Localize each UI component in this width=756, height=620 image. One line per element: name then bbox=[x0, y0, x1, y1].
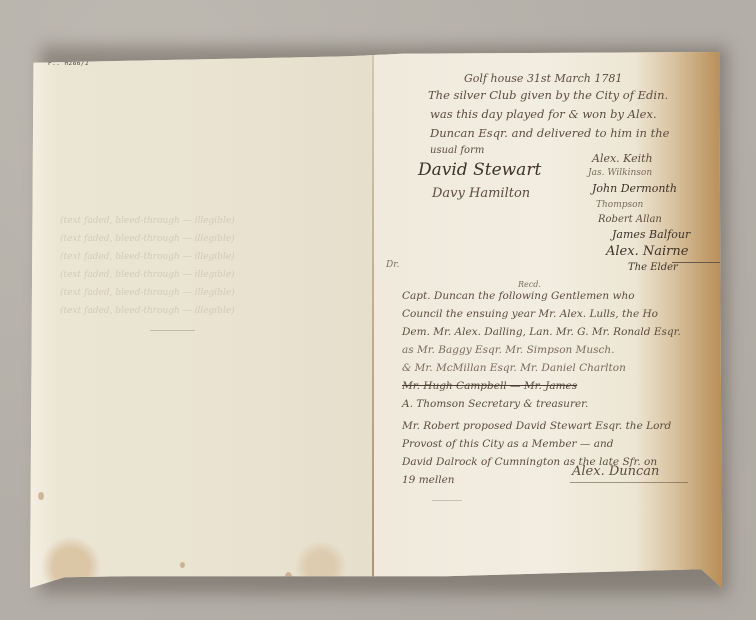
dateline: Golf house 31st March 1781 bbox=[464, 72, 622, 85]
text-line: 19 mellen bbox=[402, 474, 455, 486]
signature: The Elder bbox=[628, 262, 678, 273]
text-line: & Mr. McMillan Esqr. Mr. Daniel Charlton bbox=[402, 362, 626, 374]
signature: Alex. Nairne bbox=[606, 244, 688, 259]
faded-line: (text faded, bleed-through — illegible) bbox=[60, 212, 330, 230]
foxing-spot bbox=[180, 562, 185, 568]
signature-david-stewart: David Stewart bbox=[418, 160, 541, 180]
text-line: Dem. Mr. Alex. Dalling, Lan. Mr. G. Mr. … bbox=[402, 326, 681, 338]
struck-text-line: Mr. Hugh Campbell — Mr. James bbox=[402, 380, 577, 392]
foxing-spot bbox=[38, 492, 44, 500]
manuscript-sheet: P.. H286/2 (text faded, bleed-through — … bbox=[30, 52, 722, 588]
text-line: Duncan Esqr. and delivered to him in the bbox=[430, 126, 669, 140]
text-line: Provost of this City as a Member — and bbox=[402, 438, 613, 450]
center-fold bbox=[372, 52, 374, 588]
signature: James Balfour bbox=[612, 228, 690, 241]
right-page: Golf house 31st March 1781 The silver Cl… bbox=[372, 52, 722, 588]
faded-rule bbox=[432, 500, 462, 501]
text-line: Capt. Duncan the following Gentlemen who bbox=[402, 290, 635, 302]
faded-line: (text faded, bleed-through — illegible) bbox=[60, 248, 330, 266]
faded-line: (text faded, bleed-through — illegible) bbox=[60, 284, 330, 302]
signature: Thompson bbox=[596, 200, 643, 210]
signature-flourish bbox=[672, 262, 720, 263]
text-line: The silver Club given by the City of Edi… bbox=[428, 88, 668, 102]
signature: John Dermonth bbox=[592, 182, 677, 195]
text-line: Council the ensuing year Mr. Alex. Lulls… bbox=[402, 308, 658, 320]
signature-underline bbox=[570, 482, 688, 483]
margin-mark: Dr. bbox=[386, 260, 399, 270]
text-line: Mr. Robert proposed David Stewart Esqr. … bbox=[402, 420, 671, 432]
signature: Jas. Wilkinson bbox=[588, 168, 652, 178]
text-line: as Mr. Baggy Esqr. Mr. Simpson Musch. bbox=[402, 344, 615, 356]
text-line: usual form bbox=[430, 145, 484, 156]
text-line: was this day played for & won by Alex. bbox=[430, 107, 657, 121]
faded-line: (text faded, bleed-through — illegible) bbox=[60, 230, 330, 248]
minute-heading: Recd. bbox=[518, 280, 541, 289]
left-page: P.. H286/2 (text faded, bleed-through — … bbox=[30, 52, 372, 588]
text-line: A. Thomson Secretary & treasurer. bbox=[402, 398, 588, 410]
signature: Robert Allan bbox=[598, 214, 662, 225]
faded-line: (text faded, bleed-through — illegible) bbox=[60, 302, 330, 320]
signature-davy-hamilton: Davy Hamilton bbox=[432, 186, 530, 201]
faded-line: (text faded, bleed-through — illegible) bbox=[60, 266, 330, 284]
faded-rule bbox=[150, 330, 195, 331]
closing-signature: Alex. Duncan bbox=[572, 464, 659, 479]
signature: Alex. Keith bbox=[592, 152, 653, 165]
